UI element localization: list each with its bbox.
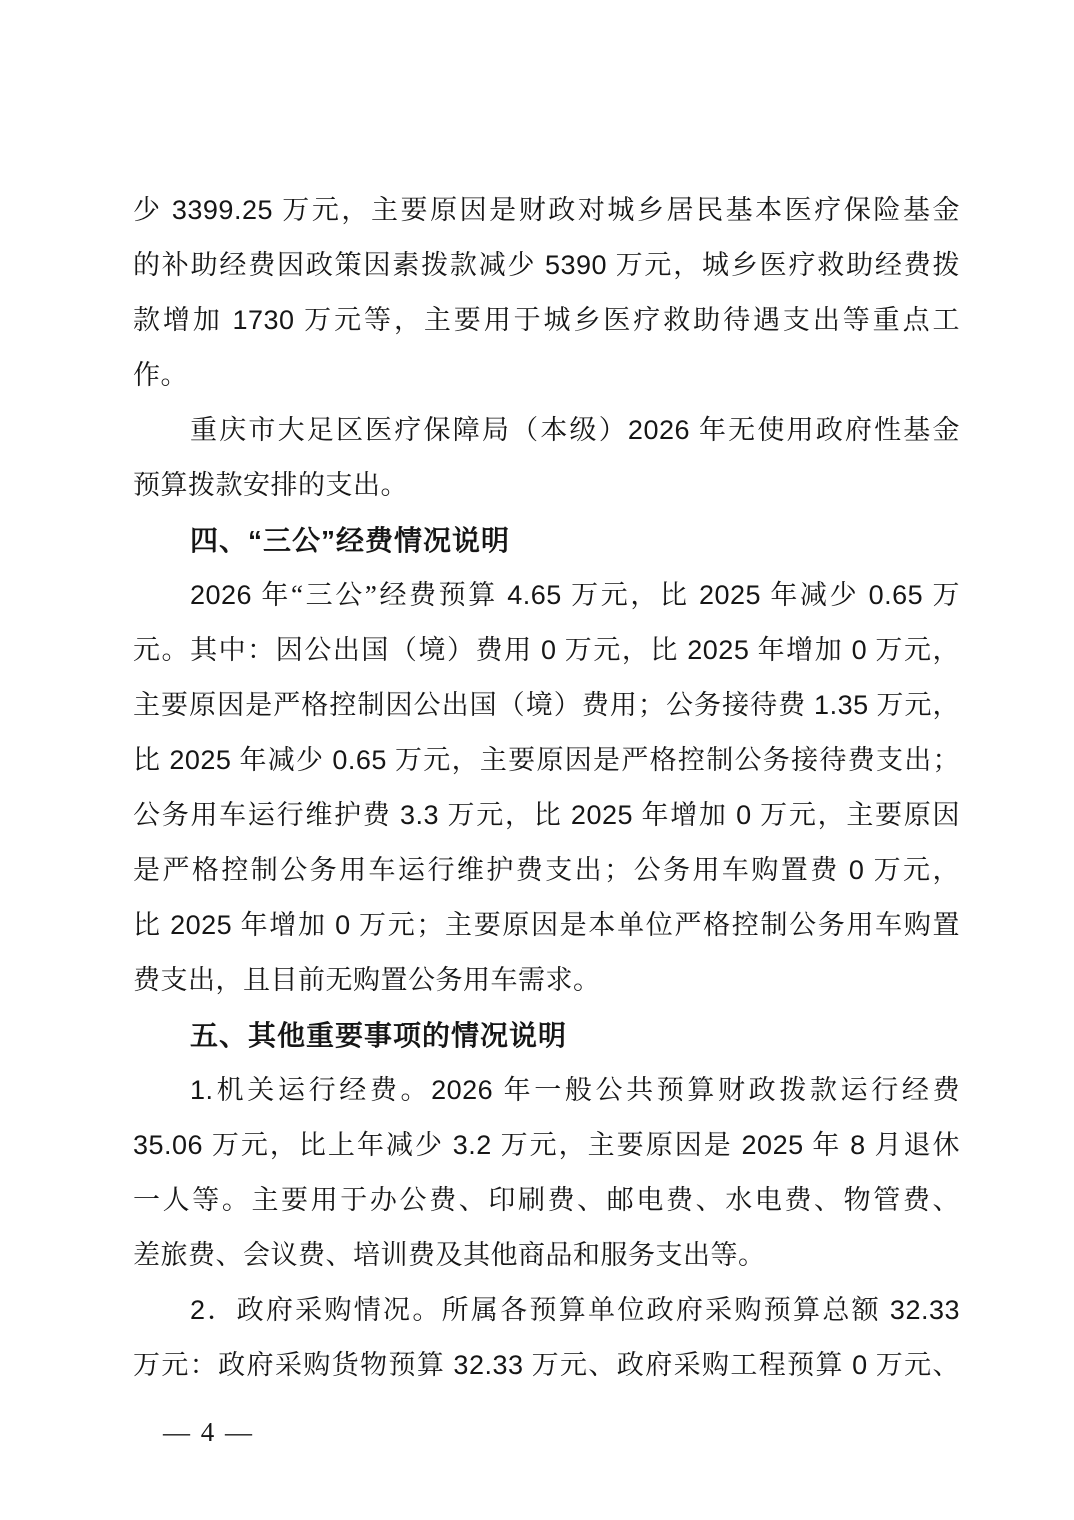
text-line: 35.06 万元，比上年减少 3.2 万元，主要原因是 2025 年 8 月退休 xyxy=(133,1118,960,1173)
text-line: 预算拨款安排的支出。 xyxy=(133,458,960,513)
text-line: 主要原因是严格控制因公出国（境）费用；公务接待费 1.35 万元， xyxy=(133,678,960,733)
text-line: 款增加 1730 万元等，主要用于城乡医疗救助待遇支出等重点工 xyxy=(133,293,960,348)
text-line: 的补助经费因政策因素拨款减少 5390 万元，城乡医疗救助经费拨 xyxy=(133,238,960,293)
text-line: 少 3399.25 万元，主要原因是财政对城乡居民基本医疗保险基金 xyxy=(133,183,960,238)
text-line: 作。 xyxy=(133,348,960,403)
text-line: 是严格控制公务用车运行维护费支出；公务用车购置费 0 万元， xyxy=(133,843,960,898)
text-line: 1.机关运行经费。2026 年一般公共预算财政拨款运行经费 xyxy=(133,1063,960,1118)
text-line: 元。其中：因公出国（境）费用 0 万元，比 2025 年增加 0 万元， xyxy=(133,623,960,678)
text-line: 比 2025 年减少 0.65 万元，主要原因是严格控制公务接待费支出； xyxy=(133,733,960,788)
text-line: 差旅费、会议费、培训费及其他商品和服务支出等。 xyxy=(133,1228,960,1283)
text-line: 2．政府采购情况。所属各预算单位政府采购预算总额 32.33 xyxy=(133,1283,960,1338)
text-line: 一人等。主要用于办公费、印刷费、邮电费、水电费、物管费、 xyxy=(133,1173,960,1228)
page-number: — 4 — xyxy=(163,1412,254,1452)
text-line: 重庆市大足区医疗保障局（本级）2026 年无使用政府性基金 xyxy=(133,403,960,458)
text-line: 费支出，且目前无购置公务用车需求。 xyxy=(133,953,960,1008)
section-heading: 五、其他重要事项的情况说明 xyxy=(133,1008,960,1063)
text-line: 公务用车运行维护费 3.3 万元，比 2025 年增加 0 万元，主要原因 xyxy=(133,788,960,843)
text-line: 2026 年“三公”经费预算 4.65 万元，比 2025 年减少 0.65 万 xyxy=(133,568,960,623)
section-heading: 四、“三公”经费情况说明 xyxy=(133,513,960,568)
document-page: 少 3399.25 万元，主要原因是财政对城乡居民基本医疗保险基金的补助经费因政… xyxy=(0,0,1074,1520)
text-line: 比 2025 年增加 0 万元；主要原因是本单位严格控制公务用车购置 xyxy=(133,898,960,953)
text-line: 万元：政府采购货物预算 32.33 万元、政府采购工程预算 0 万元、 xyxy=(133,1338,960,1393)
document-body: 少 3399.25 万元，主要原因是财政对城乡居民基本医疗保险基金的补助经费因政… xyxy=(133,183,960,1393)
